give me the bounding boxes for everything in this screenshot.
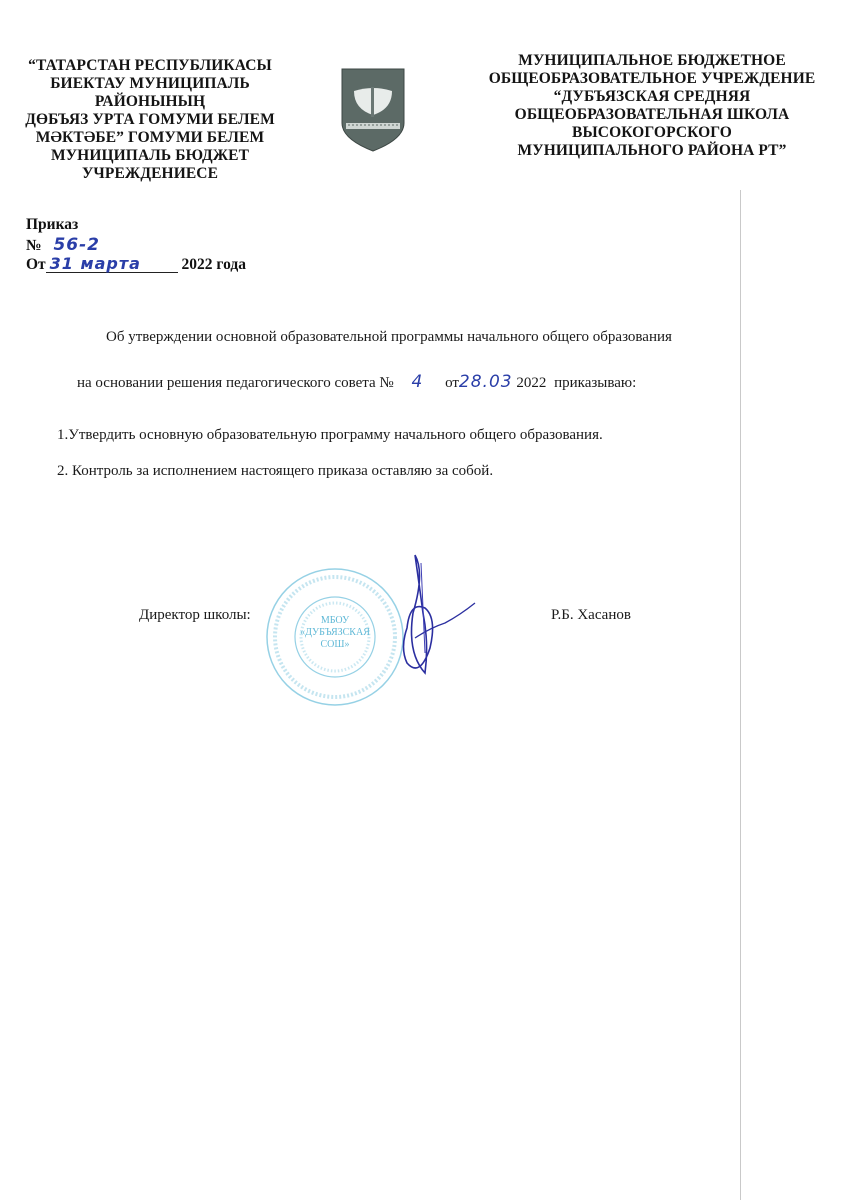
order-date-suffix: 2022 года [182, 256, 246, 273]
header-line: ВЫСОКОГОРСКОГО [462, 124, 841, 142]
header-russian: МУНИЦИПАЛЬНОЕ БЮДЖЕТНОЕ ОБЩЕОБРАЗОВАТЕЛЬ… [462, 52, 841, 160]
order-number-row: № 56-2 [26, 235, 100, 255]
header-tatar: “ТАТАРСТАН РЕСПУБЛИКАСЫ БИЕКТАУ МУНИЦИПА… [0, 57, 300, 183]
header-line: МУНИЦИПАЛЬНОГО РАЙОНА РТ” [462, 142, 841, 160]
council-number: 4 [411, 372, 423, 392]
stamp-line: СОШ» [295, 639, 375, 651]
header-line: МУНИЦИПАЛЬ БЮДЖЕТ [0, 147, 300, 165]
header-line: БИЕКТАУ МУНИЦИПАЛЬ [0, 75, 300, 93]
header-line: “ДУБЪЯЗСКАЯ СРЕДНЯЯ [462, 88, 841, 106]
scan-edge-line [740, 190, 741, 1200]
header-line: УЧРЕЖДЕНИЕСЕ [0, 165, 300, 183]
order-number-value: 56-2 [53, 235, 100, 255]
order-item-1: 1.Утвердить основную образовательную про… [57, 427, 603, 444]
header-line: ДӨБЪЯЗ УРТА ГОМУМИ БЕЛЕМ [0, 111, 300, 129]
order-basis: на основании решения педагогического сов… [77, 372, 636, 392]
order-item-2: 2. Контроль за исполнением настоящего пр… [57, 463, 493, 480]
stamp-line: МБОУ [295, 615, 375, 627]
stamp-text: МБОУ «ДУБЪЯЗСКАЯ СОШ» [295, 615, 375, 651]
header-line: ОБЩЕОБРАЗОВАТЕЛЬНОЕ УЧРЕЖДЕНИЕ [462, 70, 841, 88]
director-role: Директор школы: [139, 607, 251, 624]
signature-scribble [385, 553, 480, 688]
order-date-row: От31 марта 2022 года [26, 256, 246, 274]
order-date-prefix: От [26, 256, 46, 273]
order-title: Приказ [26, 216, 78, 234]
basis-suffix: приказываю: [554, 375, 636, 391]
basis-from: от [445, 375, 459, 391]
order-subject: Об утверждении основной образовательной … [106, 329, 672, 346]
header-line: МӘКТӘБЕ” ГОМУМИ БЕЛЕМ [0, 129, 300, 147]
header-line: ОБЩЕОБРАЗОВАТЕЛЬНАЯ ШКОЛА [462, 106, 841, 124]
basis-year: 2022 [516, 375, 546, 391]
coat-of-arms-icon [336, 65, 410, 155]
council-date: 28.03 [459, 372, 513, 392]
order-number-label: № [26, 237, 42, 254]
basis-prefix: на основании решения педагогического сов… [77, 375, 394, 391]
stamp-line: «ДУБЪЯЗСКАЯ [295, 627, 375, 639]
header-line: “ТАТАРСТАН РЕСПУБЛИКАСЫ [0, 57, 300, 75]
header-line: РАЙОНЫНЫҢ [0, 93, 300, 111]
header-line: МУНИЦИПАЛЬНОЕ БЮДЖЕТНОЕ [462, 52, 841, 70]
order-date-value: 31 марта [46, 256, 178, 273]
director-name: Р.Б. Хасанов [551, 607, 631, 624]
